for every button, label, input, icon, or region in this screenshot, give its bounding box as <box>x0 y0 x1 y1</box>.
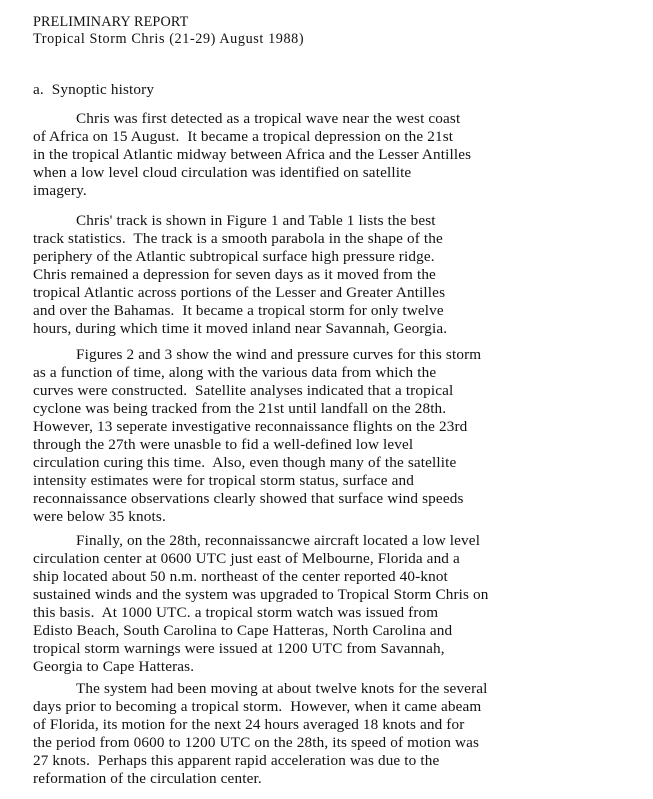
paragraph-line: imagery. <box>33 182 87 200</box>
paragraph-line: reformation of the circulation center. <box>33 770 262 788</box>
paragraph-line: Chris remained a depression for seven da… <box>33 266 436 284</box>
section-heading: a. Synoptic history <box>33 81 154 99</box>
paragraph-line: this basis. At 1000 UTC. a tropical stor… <box>33 604 438 622</box>
paragraph-line: sustained winds and the system was upgra… <box>33 586 489 604</box>
paragraph-line: in the tropical Atlantic midway between … <box>33 146 471 164</box>
paragraph-line: cyclone was being tracked from the 21st … <box>33 400 446 418</box>
paragraph-line: Figures 2 and 3 show the wind and pressu… <box>76 346 481 364</box>
report-label: PRELIMINARY REPORT <box>33 13 188 31</box>
paragraph-line: were below 35 knots. <box>33 508 166 526</box>
paragraph-line: intensity estimates were for tropical st… <box>33 472 414 490</box>
paragraph-line: Edisto Beach, South Carolina to Cape Hat… <box>33 622 452 640</box>
document-page: PRELIMINARY REPORT Tropical Storm Chris … <box>0 0 653 799</box>
paragraph-line: track statistics. The track is a smooth … <box>33 230 443 248</box>
paragraph-line: tropical Atlantic across portions of the… <box>33 284 445 302</box>
paragraph-line: Chris' track is shown in Figure 1 and Ta… <box>76 212 436 230</box>
paragraph-line: days prior to becoming a tropical storm.… <box>33 698 481 716</box>
paragraph-line: of Africa on 15 August. It became a trop… <box>33 128 453 146</box>
paragraph-line: circulation center at 0600 UTC just east… <box>33 550 460 568</box>
paragraph-line: circulation curing this time. Also, even… <box>33 454 456 472</box>
paragraph-line: 27 knots. Perhaps this apparent rapid ac… <box>33 752 439 770</box>
paragraph-line: as a function of time, along with the va… <box>33 364 436 382</box>
paragraph-line: and over the Bahamas. It became a tropic… <box>33 302 444 320</box>
paragraph-line: through the 27th were unasble to fid a w… <box>33 436 413 454</box>
paragraph-line: periphery of the Atlantic subtropical su… <box>33 248 435 266</box>
paragraph-line: curves were constructed. Satellite analy… <box>33 382 453 400</box>
paragraph-line: of Florida, its motion for the next 24 h… <box>33 716 464 734</box>
report-title: Tropical Storm Chris (21-29) August 1988… <box>33 30 304 48</box>
paragraph-line: However, 13 seperate investigative recon… <box>33 418 467 436</box>
paragraph-line: the period from 0600 to 1200 UTC on the … <box>33 734 479 752</box>
paragraph-line: ship located about 50 n.m. northeast of … <box>33 568 448 586</box>
paragraph-line: when a low level cloud circulation was i… <box>33 164 411 182</box>
paragraph-line: Chris was first detected as a tropical w… <box>76 110 460 128</box>
paragraph-line: tropical storm warnings were issued at 1… <box>33 640 445 658</box>
paragraph-line: reconnaissance observations clearly show… <box>33 490 464 508</box>
paragraph-line: Finally, on the 28th, reconnaissancwe ai… <box>76 532 480 550</box>
paragraph-line: Georgia to Cape Hatteras. <box>33 658 194 676</box>
paragraph-line: hours, during which time it moved inland… <box>33 320 447 338</box>
paragraph-line: The system had been moving at about twel… <box>76 680 488 698</box>
